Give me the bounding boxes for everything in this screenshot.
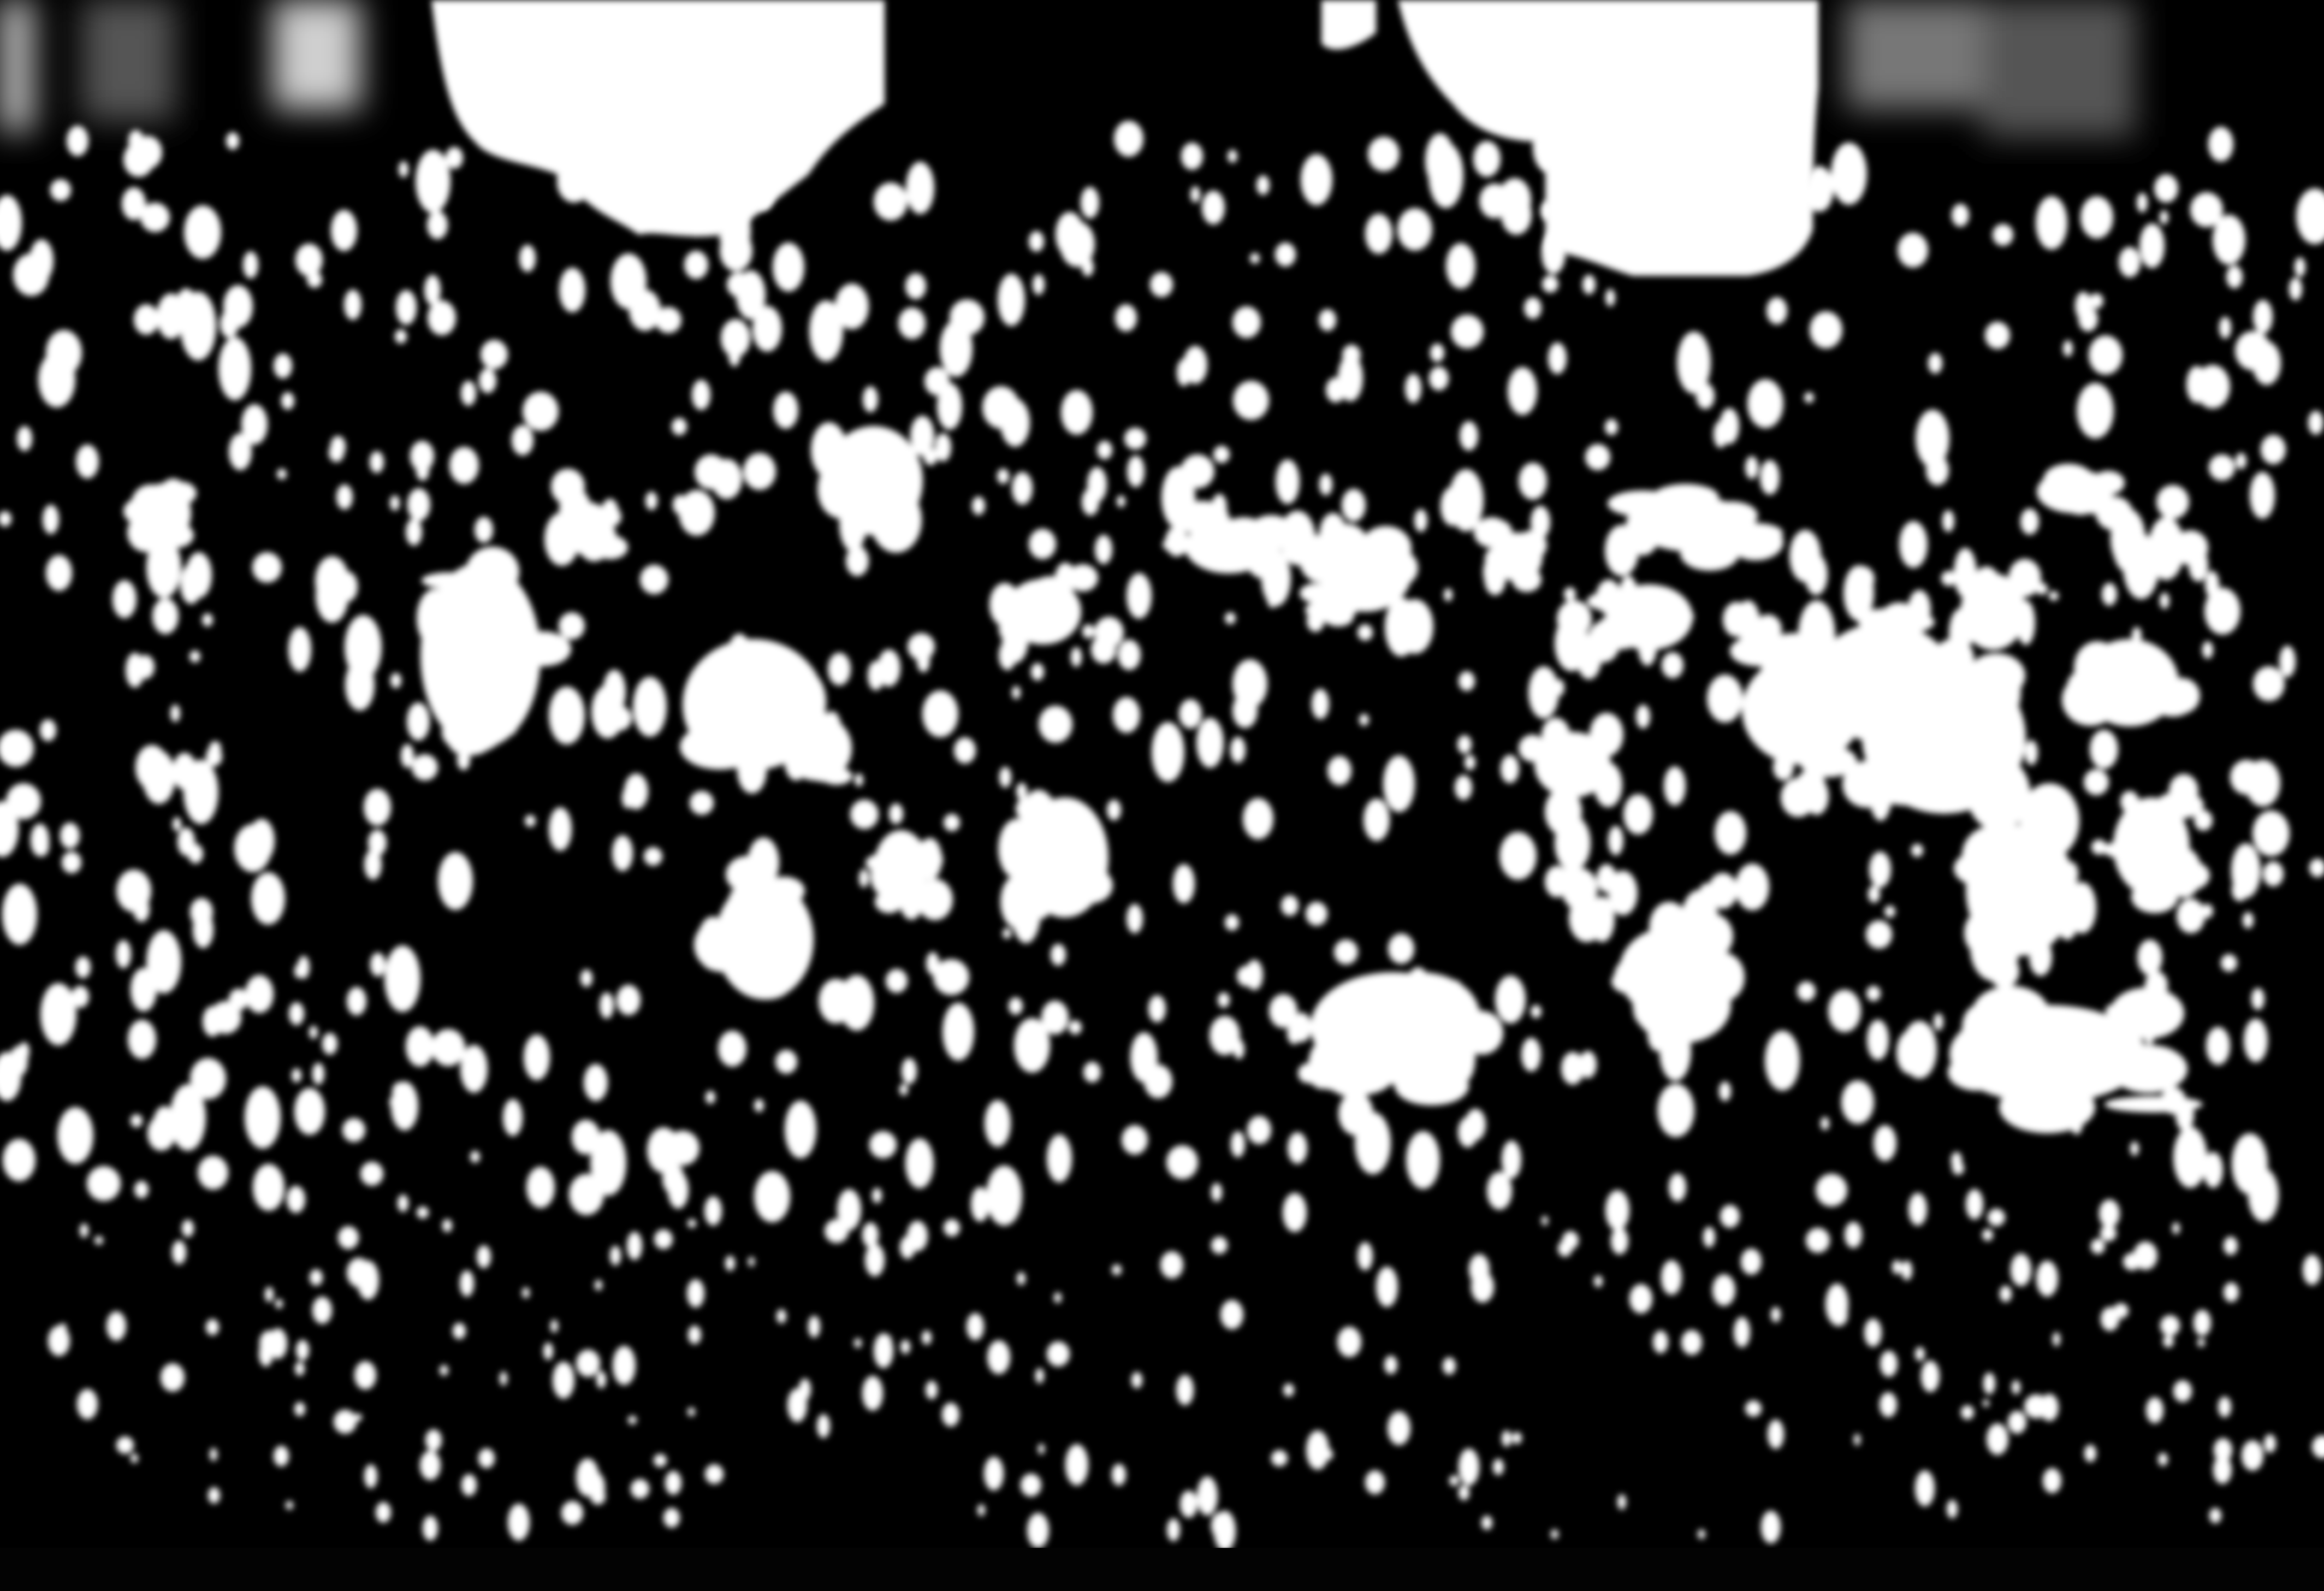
satellite-image: [0, 0, 2324, 1591]
cloud-mask-render: [0, 0, 2324, 1591]
bottom-band: [0, 1548, 2324, 1591]
